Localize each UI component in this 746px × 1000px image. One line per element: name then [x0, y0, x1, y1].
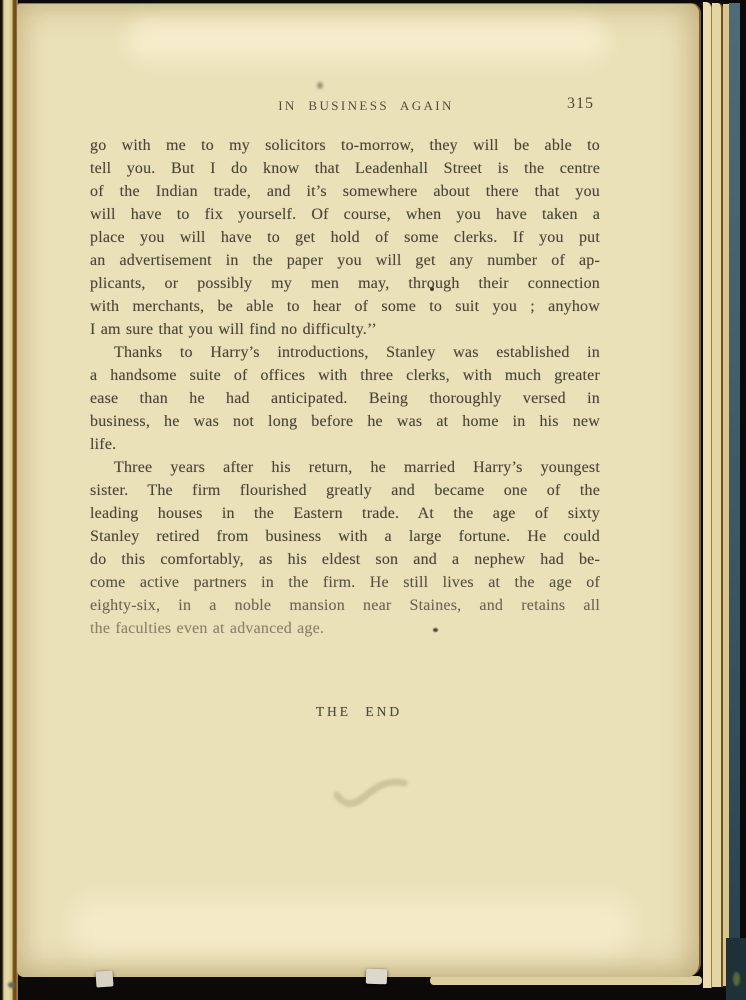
page-under-edge: [430, 976, 702, 985]
scanner-clip: [366, 969, 388, 985]
text-line: Thanks to Harry’s introductions, Stanley…: [90, 341, 600, 364]
text-line: of the Indian trade, and it’s somewhere …: [90, 180, 600, 203]
book-cover-corner: [726, 938, 746, 1000]
paragraph: Three years after his return, he married…: [90, 456, 600, 640]
text-line: sister. The firm flourished greatly and …: [90, 479, 600, 502]
text-line: life.: [90, 433, 600, 456]
paragraph: go with me to my solicitors to-morrow, t…: [90, 134, 600, 341]
text-line: do this comfortably, as his eldest son a…: [90, 548, 600, 571]
text-line: go with me to my solicitors to-morrow, t…: [90, 134, 600, 157]
page-stack-edge: [712, 3, 723, 987]
book-page: IN BUSINESS AGAIN 315 go with me to my s…: [17, 3, 701, 977]
text-line: Three years after his return, he married…: [90, 456, 600, 479]
text-line: plicants, or possibly my men may, throug…: [90, 272, 600, 295]
cover-speck: [733, 972, 740, 986]
text-line: I am sure that you will find no difficul…: [90, 318, 600, 341]
scanner-clip: [95, 970, 113, 987]
text-line: place you will have to get hold of some …: [90, 226, 600, 249]
paragraph: Thanks to Harry’s introductions, Stanley…: [90, 341, 600, 456]
page-number: 315: [567, 95, 594, 113]
book-scan: IN BUSINESS AGAIN 315 go with me to my s…: [0, 0, 746, 1000]
running-header-title: IN BUSINESS AGAIN: [278, 98, 454, 114]
page-stack-edge: [703, 2, 712, 988]
text-line: the faculties even at advanced age.: [90, 617, 600, 640]
page-content: IN BUSINESS AGAIN 315 go with me to my s…: [90, 4, 600, 977]
background-speck: [8, 982, 15, 988]
text-line: an advertisement in the paper you will g…: [90, 249, 600, 272]
book-cover-edge: [729, 3, 740, 996]
text-line: will have to fix yourself. Of course, wh…: [90, 203, 600, 226]
body-text: go with me to my solicitors to-morrow, t…: [90, 134, 600, 640]
text-line: ease than he had anticipated. Being thor…: [90, 387, 600, 410]
text-line: eighty-six, in a noble mansion near Stai…: [90, 594, 600, 617]
text-line: a handsome suite of offices with three c…: [90, 364, 600, 387]
text-line: with merchants, be able to hear of some …: [90, 295, 600, 318]
text-line: Stanley retired from business with a lar…: [90, 525, 600, 548]
text-line: leading houses in the Eastern trade. At …: [90, 502, 600, 525]
text-line: business, he was not long before he was …: [90, 410, 600, 433]
text-line: tell you. But I do know that Leadenhall …: [90, 157, 600, 180]
text-line: come active partners in the firm. He sti…: [90, 571, 600, 594]
the-end-label: THE END: [90, 704, 600, 720]
book-gutter-edge: [0, 0, 18, 1000]
